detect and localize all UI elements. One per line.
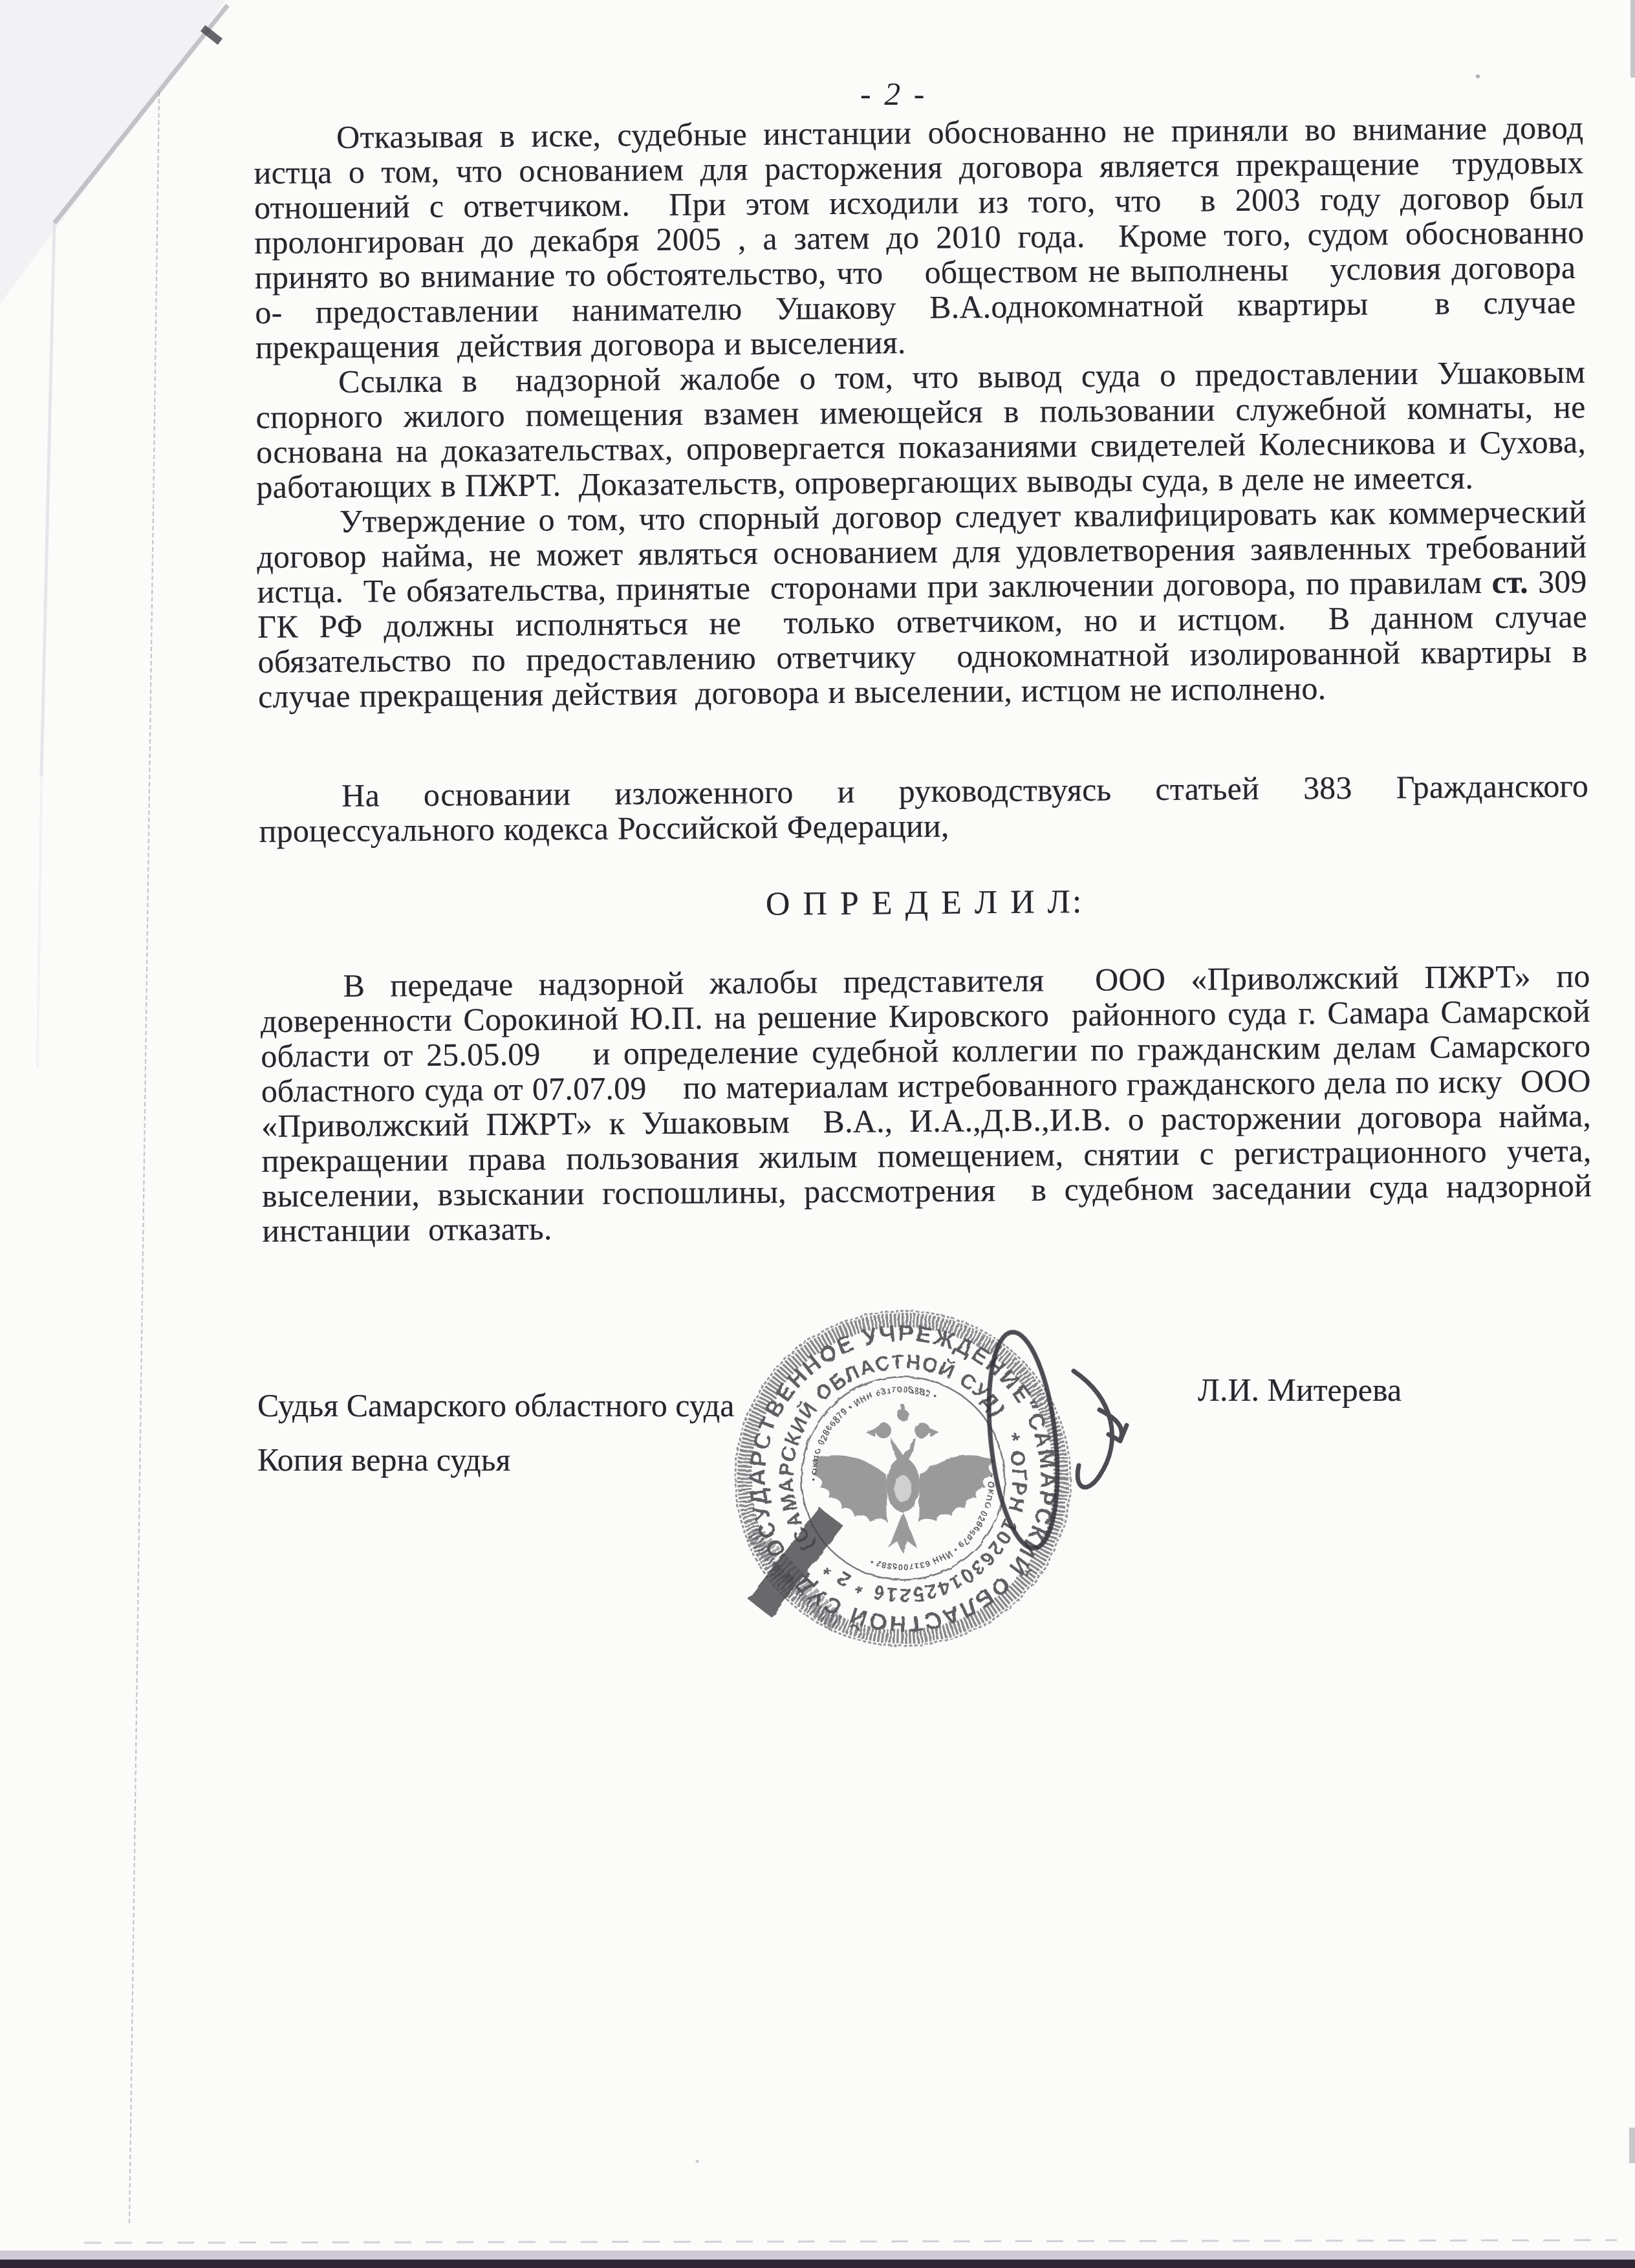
copy-certification-line: Копия верна судья: [257, 1441, 510, 1478]
scan-edge-light-band: [0, 2251, 1635, 2260]
paragraph-4: На основании изложенного и руководствуяс…: [259, 768, 1589, 848]
paragraph-3: Утверждение о том, что спорный договор с…: [257, 494, 1588, 714]
seal-ring-outer-bottom-text: "САМАРСКИЙ ОБЛАСТНОЙ СУД": [778, 1394, 1123, 1698]
paragraph-5: В передаче надзорной жалобы представител…: [260, 958, 1592, 1248]
paragraph-3-bold-ref: ст.: [1482, 563, 1538, 600]
resolution-heading: О П Р Е Д Е Л И Л:: [259, 880, 1589, 927]
page-corner-fold: [0, 0, 226, 304]
staple-mark: [200, 25, 222, 45]
document-body: Отказывая в иске, судебные инстанции обо…: [254, 110, 1592, 1248]
fold-microtext-line: [129, 92, 159, 2223]
judge-name: Л.И. Митерева: [1198, 1371, 1402, 1409]
scan-edge-dark-band: [0, 2260, 1635, 2268]
paragraph-3-text: Утверждение о том, что спорный договор с…: [257, 493, 1586, 610]
paragraph-2: Ссылка в надзорной жалобе о том, что выв…: [255, 354, 1586, 504]
judge-title-line: Судья Самарского областного суда: [257, 1387, 734, 1424]
paragraph-1: Отказывая в иске, судебные инстанции обо…: [254, 110, 1585, 365]
court-seal-stamp: ГОСУДАРСТВЕННОЕ УЧРЕЖДЕНИЕ "САМАРСКИЙ ОБ…: [686, 1261, 1203, 1778]
scanned-court-page: - 2 - Отказывая в иске, судебные инстанц…: [0, 0, 1635, 2268]
svg-text:"САМАРСКИЙ ОБЛАСТНОЙ СУД": "САМАРСКИЙ ОБЛАСТНОЙ СУД": [778, 1394, 1123, 1698]
page-number: - 2 -: [860, 75, 927, 113]
